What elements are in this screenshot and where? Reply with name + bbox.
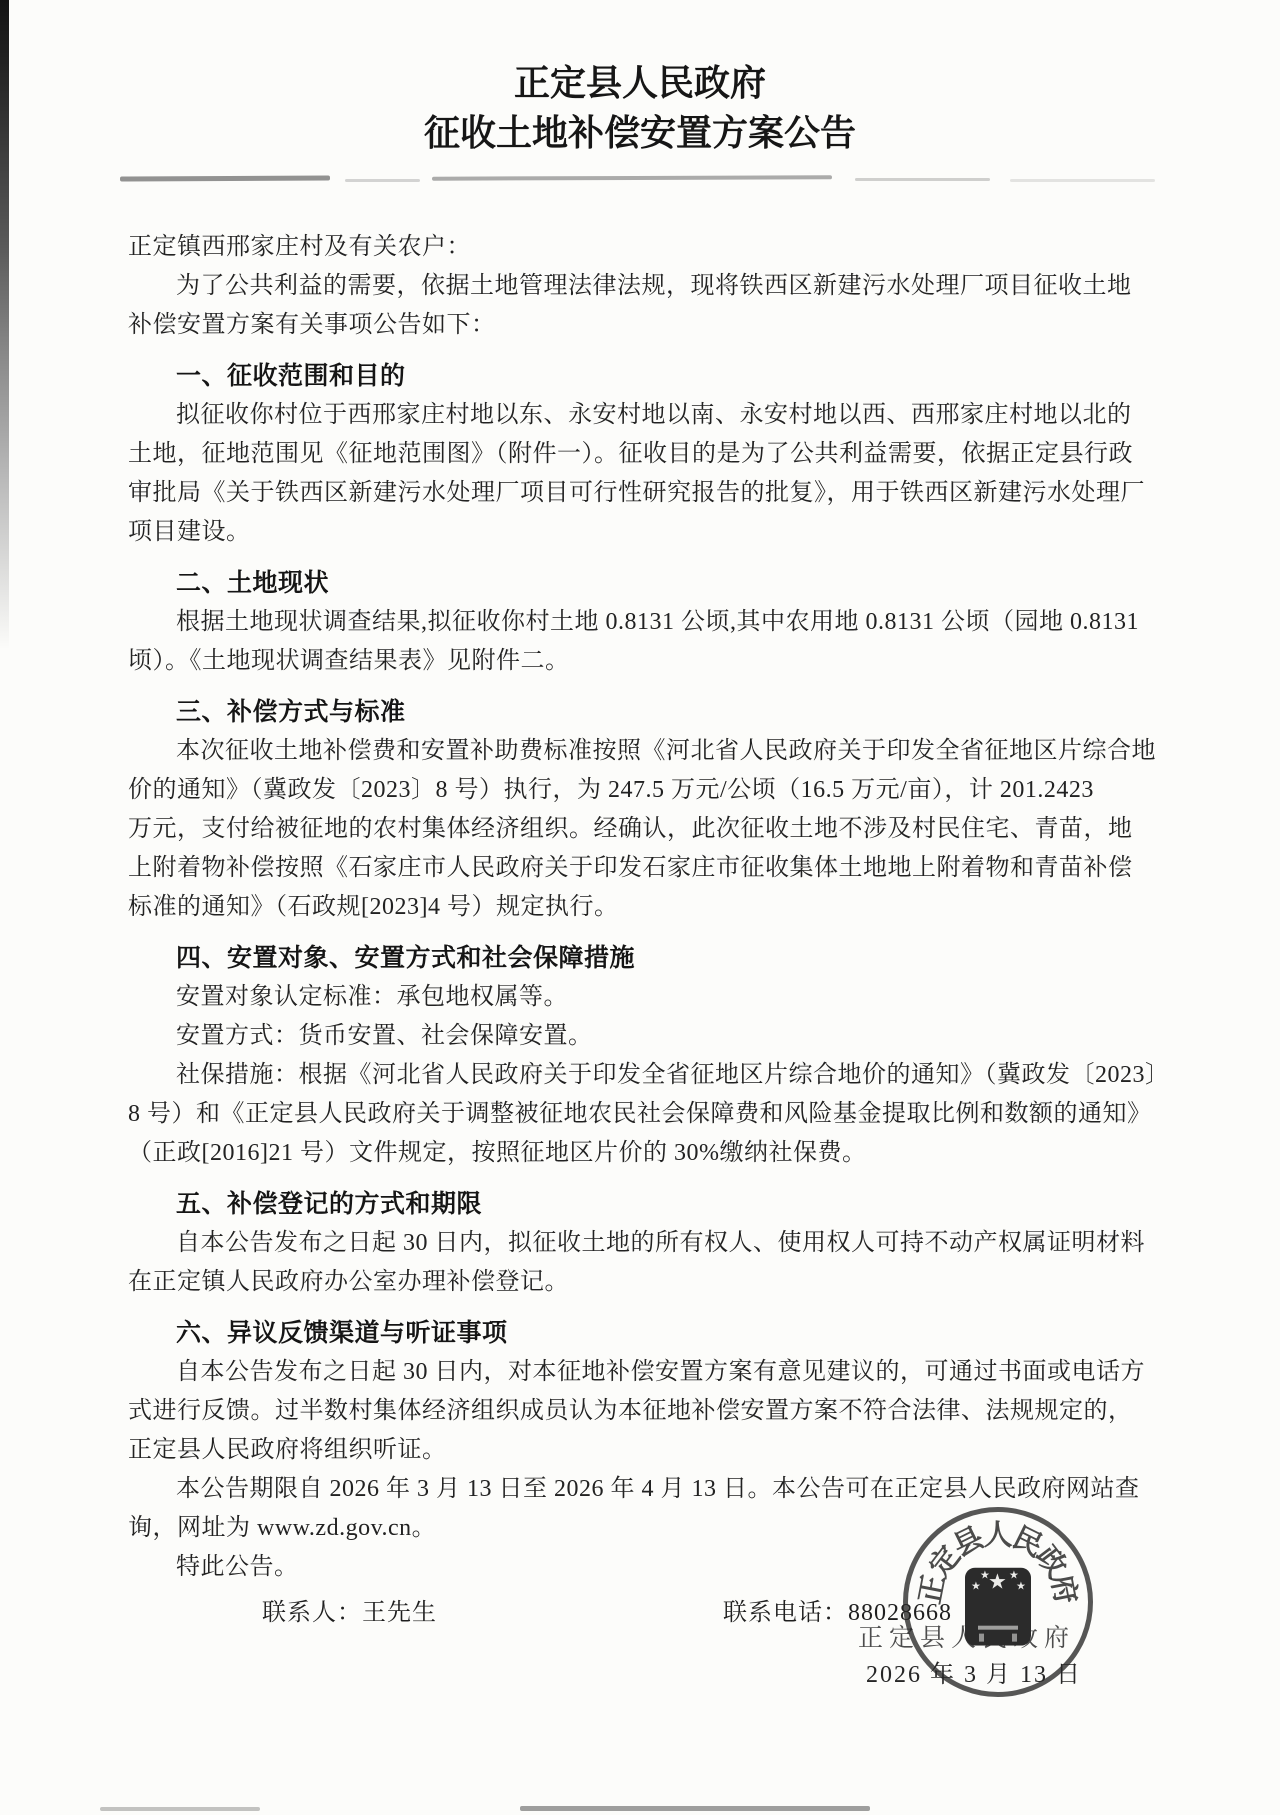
scan-smudge-bottom-2	[520, 1806, 870, 1811]
document-line: 根据土地现状调查结果,拟征收你村土地 0.8131 公顷,其中农用地 0.813…	[128, 603, 1162, 642]
document-line: 社保措施：根据《河北省人民政府关于印发全省征地区片综合地价的通知》（冀政发〔20…	[128, 1056, 1162, 1095]
document-line: 六、异议反馈渠道与听证事项	[128, 1314, 1162, 1353]
document-title: 正定县人民政府 征收土地补偿安置方案公告	[0, 0, 1280, 158]
document-line: 土地，征地范围见《征地范围图》（附件一）。征收目的是为了公共利益需要，依据正定县…	[128, 435, 1162, 474]
document-line: 价的通知》（冀政发〔2023〕8 号）执行，为 247.5 万元/公顷（16.5…	[128, 771, 1162, 810]
document-body: 正定镇西邢家庄村及有关农户：为了公共利益的需要，依据土地管理法律法规，现将铁西区…	[0, 228, 1280, 1587]
document-line: 三、补偿方式与标准	[128, 693, 1162, 732]
title-line-1: 正定县人民政府	[0, 58, 1280, 108]
document-line: 标准的通知》（石政规[2023]4 号）规定执行。	[128, 888, 1162, 927]
document-line: 式进行反馈。过半数村集体经济组织成员认为本征地补偿安置方案不符合法律、法规规定的…	[128, 1392, 1162, 1431]
document-line: 正定县人民政府将组织听证。	[128, 1431, 1162, 1470]
document-line: 项目建设。	[128, 513, 1162, 552]
scan-smudge-title-3	[432, 175, 832, 180]
document-line: 安置对象认定标准：承包地权属等。	[128, 978, 1162, 1017]
document-line: 本公告期限自 2026 年 3 月 13 日至 2026 年 4 月 13 日。…	[128, 1470, 1162, 1509]
scan-smudge-title-1	[120, 175, 330, 181]
national-emblem-icon: ★ ★ ★ ★ ★	[965, 1568, 1031, 1646]
document-line: 正定镇西邢家庄村及有关农户：	[128, 228, 1162, 267]
document-line: 为了公共利益的需要，依据土地管理法律法规，现将铁西区新建污水处理厂项目征收土地	[128, 267, 1162, 306]
document-line: 安置方式：货币安置、社会保障安置。	[128, 1017, 1162, 1056]
scan-noise-left-streak	[0, 0, 9, 650]
document-line: 万元，支付给被征地的农村集体经济组织。经确认，此次征收土地不涉及村民住宅、青苗，…	[128, 810, 1162, 849]
document-line: 自本公告发布之日起 30 日内，拟征收土地的所有权人、使用权人可持不动产权属证明…	[128, 1224, 1162, 1263]
document-line: 在正定镇人民政府办公室办理补偿登记。	[128, 1263, 1162, 1302]
document-line: 补偿安置方案有关事项公告如下：	[128, 306, 1162, 345]
scanned-announcement-page: 正定县人民政府 征收土地补偿安置方案公告 正定镇西邢家庄村及有关农户：为了公共利…	[0, 0, 1280, 1815]
document-line: 自本公告发布之日起 30 日内，对本征地补偿安置方案有意见建议的，可通过书面或电…	[128, 1353, 1162, 1392]
document-line: 审批局《关于铁西区新建污水处理厂项目可行性研究报告的批复》，用于铁西区新建污水处…	[128, 474, 1162, 513]
scan-smudge-title-5	[1010, 179, 1155, 182]
document-line: 顷）。《土地现状调查结果表》见附件二。	[128, 642, 1162, 681]
document-line: 本次征收土地补偿费和安置补助费标准按照《河北省人民政府关于印发全省征地区片综合地	[128, 732, 1162, 771]
contact-person: 联系人：王先生	[262, 1594, 437, 1633]
document-line: （正政[2016]21 号）文件规定，按照征地区片价的 30%缴纳社保费。	[128, 1134, 1162, 1173]
scan-smudge-bottom-1	[100, 1807, 260, 1811]
scan-smudge-title-2	[345, 179, 420, 182]
document-line: 8 号）和《正定县人民政府关于调整被征地农民社会保障费和风险基金提取比例和数额的…	[128, 1095, 1162, 1134]
document-line: 上附着物补偿按照《石家庄市人民政府关于印发石家庄市征收集体土地地上附着物和青苗补…	[128, 849, 1162, 888]
document-line: 一、征收范围和目的	[128, 357, 1162, 396]
document-line: 五、补偿登记的方式和期限	[128, 1185, 1162, 1224]
gate-shape	[979, 1634, 1017, 1642]
title-line-2: 征收土地补偿安置方案公告	[0, 108, 1280, 158]
document-line: 四、安置对象、安置方式和社会保障措施	[128, 939, 1162, 978]
document-line: 二、土地现状	[128, 564, 1162, 603]
document-line: 拟征收你村位于西邢家庄村地以东、永安村地以南、永安村地以西、西邢家庄村地以北的	[128, 396, 1162, 435]
official-seal: 正定县人民政府 ★ ★ ★ ★ ★	[903, 1507, 1093, 1697]
scan-smudge-title-4	[855, 178, 990, 181]
